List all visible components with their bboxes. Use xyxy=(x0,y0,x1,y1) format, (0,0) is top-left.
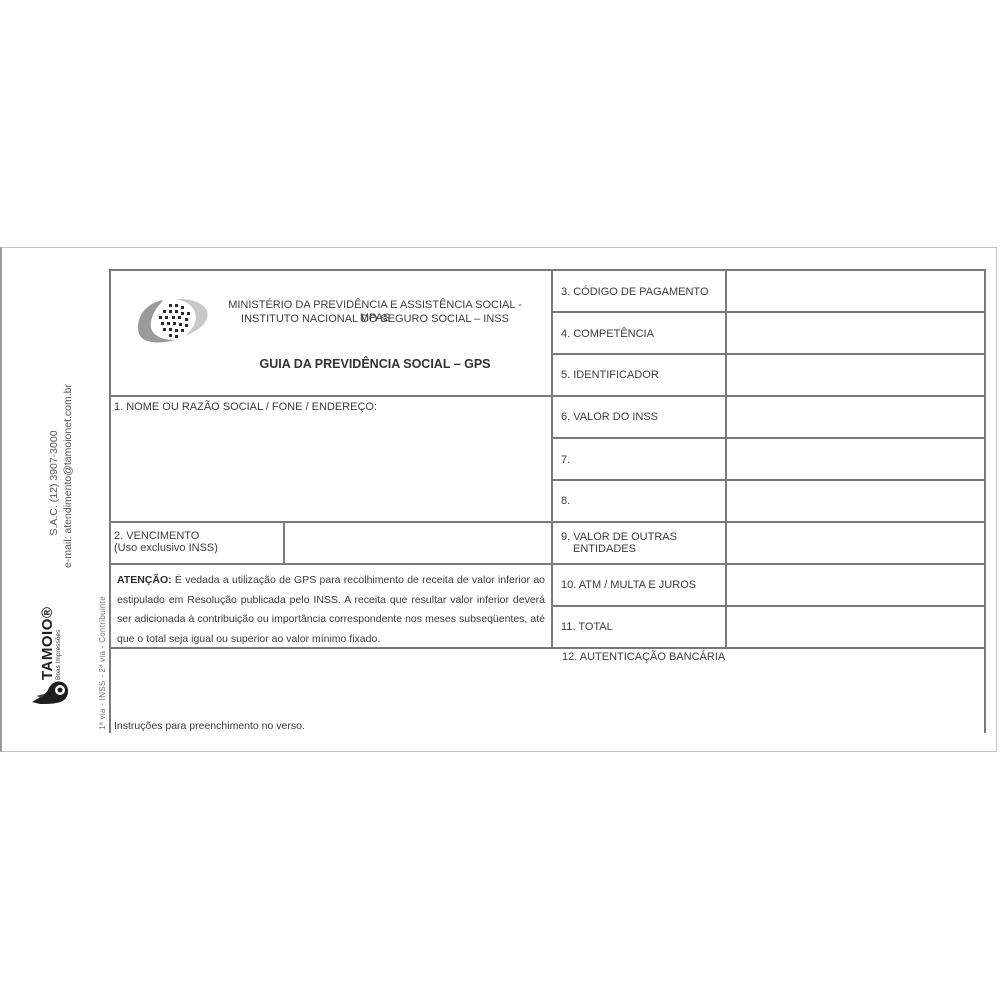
row-divider xyxy=(109,563,986,565)
tamoio-brand: TAMOIO® Boas Impressões xyxy=(40,607,63,680)
row-divider xyxy=(551,353,986,355)
row-divider xyxy=(551,311,986,313)
table-top-border xyxy=(109,269,986,271)
field-competence-label: 4. COMPETÊNCIA xyxy=(561,328,654,340)
row-divider xyxy=(109,395,986,397)
field-due-date-sublabel: (Uso exclusivo INSS) xyxy=(114,542,218,554)
field-7-label: 7. xyxy=(561,454,570,466)
field-total-label: 11. TOTAL xyxy=(561,621,613,633)
row-divider xyxy=(551,605,986,607)
document-title: GUIA DA PREVIDÊNCIA SOCIAL – GPS xyxy=(225,357,525,371)
field-competence-input[interactable] xyxy=(728,314,983,352)
instructions-note: Instruções para preenchimento no verso. xyxy=(114,720,305,732)
field-identifier-label: 5. IDENTIFICADOR xyxy=(561,369,659,381)
side-contact-info: S.A.C. (12) 3907-3000 e-mail: atendiment… xyxy=(47,398,75,568)
field-7-input[interactable] xyxy=(728,440,983,478)
field-atm-fine-interest-label: 10. ATM / MULTA E JUROS xyxy=(561,579,696,591)
field-8-label: 8. xyxy=(561,495,570,507)
field-total-input[interactable] xyxy=(728,608,983,646)
field-name-label: 1. NOME OU RAZÃO SOCIAL / FONE / ENDEREÇ… xyxy=(114,401,377,413)
row-divider xyxy=(551,437,986,439)
vencimento-divider xyxy=(283,521,285,565)
institute-name: INSTITUTO NACIONAL DO SEGURO SOCIAL – IN… xyxy=(220,313,530,326)
field-8-input[interactable] xyxy=(728,482,983,520)
sac-phone: S.A.C. (12) 3907-3000 xyxy=(47,398,61,568)
row-divider xyxy=(109,521,986,523)
attention-text: É vedada a utilização de GPS para recolh… xyxy=(117,574,545,645)
attention-label: ATENÇÃO: xyxy=(117,574,172,586)
field-inss-value-label: 6. VALOR DO INSS xyxy=(561,411,658,423)
attention-notice: ATENÇÃO: É vedada a utilização de GPS pa… xyxy=(117,571,545,649)
field-inss-value-input[interactable] xyxy=(728,398,983,436)
field-other-entities-input[interactable] xyxy=(728,524,983,562)
bank-authentication-label: 12. AUTENTICAÇÃO BANCÁRIA xyxy=(562,651,725,663)
field-payment-code-input[interactable] xyxy=(728,272,983,310)
support-email: e-mail: atendimento@tamoionet.com.br xyxy=(61,398,75,568)
table-left-border xyxy=(109,269,111,733)
brand-name: TAMOIO® xyxy=(40,607,55,680)
brand-tagline: Boas Impressões xyxy=(55,607,63,680)
row-divider xyxy=(551,479,986,481)
value-column-divider xyxy=(725,269,727,649)
inss-logo-icon xyxy=(135,296,211,346)
field-identifier-input[interactable] xyxy=(728,356,983,394)
field-other-entities-label: 9. VALOR DE OUTRAS xyxy=(561,531,677,543)
middle-divider xyxy=(551,269,553,649)
field-due-date-label: 2. VENCIMENTO xyxy=(114,530,199,542)
table-right-border xyxy=(984,269,986,733)
field-payment-code-label: 3. CÓDIGO DE PAGAMENTO xyxy=(561,286,709,298)
field-due-date-input[interactable] xyxy=(286,524,549,562)
tamoio-mascot-icon xyxy=(30,676,70,706)
field-other-entities-label-2: ENTIDADES xyxy=(573,543,636,555)
copies-note: 1ª via - INSS - 2ª via - Contribuinte xyxy=(98,596,107,730)
field-name-input[interactable] xyxy=(112,416,548,519)
field-atm-fine-interest-input[interactable] xyxy=(728,566,983,604)
